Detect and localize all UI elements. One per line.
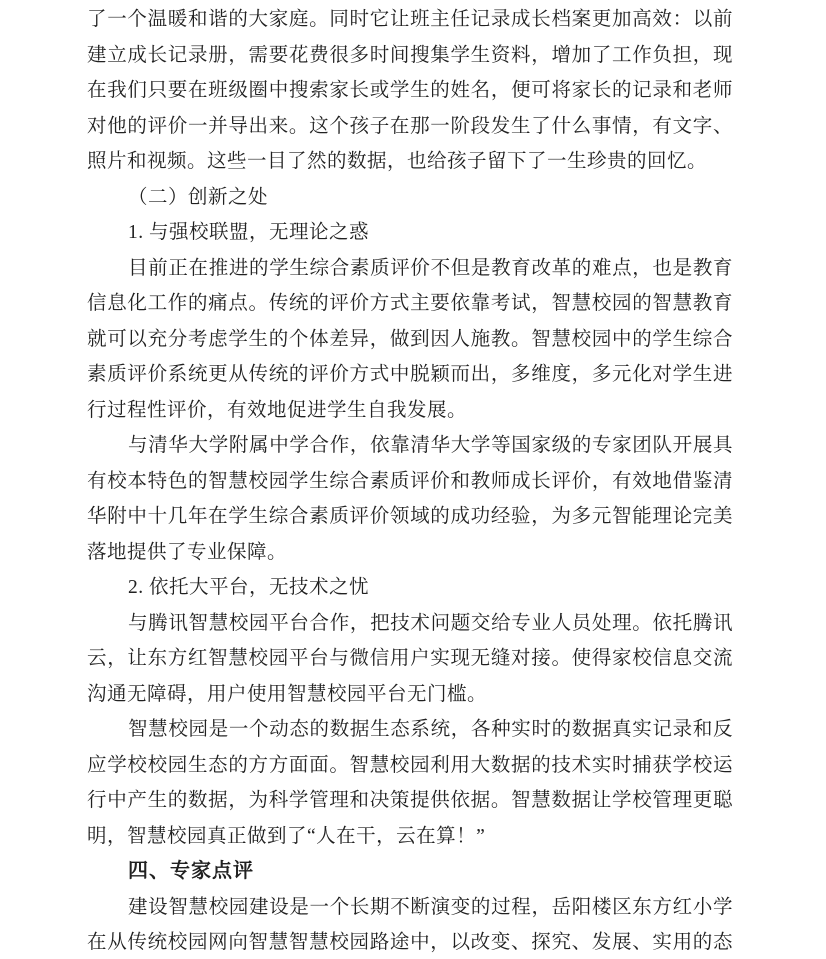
- text-line: 了一个温暖和谐的大家庭。同时它让班主任记录成长档案更加高效：以前: [87, 2, 733, 38]
- text-line: 四、专家点评: [87, 854, 733, 890]
- text-line: 行中产生的数据，为科学管理和决策提供依据。智慧数据让学校管理更聪: [87, 783, 733, 819]
- text-line: 华附中十几年在学生综合素质评价领域的成功经验，为多元智能理论完美: [87, 499, 733, 535]
- text-line: 素质评价系统更从传统的评价方式中脱颖而出，多维度，多元化对学生进: [87, 357, 733, 393]
- text-line: 在我们只要在班级圈中搜索家长或学生的姓名，便可将家长的记录和老师: [87, 73, 733, 109]
- text-line: 建设智慧校园建设是一个长期不断演变的过程，岳阳楼区东方红小学: [87, 890, 733, 926]
- text-line: 在从传统校园网向智慧智慧校园路途中，以改变、探究、发展、实用的态: [87, 925, 733, 959]
- text-line: 2. 依托大平台，无技术之忧: [87, 570, 733, 606]
- text-line: 应学校校园生态的方方面面。智慧校园利用大数据的技术实时捕获学校运: [87, 748, 733, 784]
- text-line: 与清华大学附属中学合作，依靠清华大学等国家级的专家团队开展具: [87, 428, 733, 464]
- text-line: 就可以充分考虑学生的个体差异，做到因人施教。智慧校园中的学生综合: [87, 322, 733, 358]
- text-line: （二）创新之处: [87, 180, 733, 216]
- text-line: 沟通无障碍，用户使用智慧校园平台无门槛。: [87, 677, 733, 713]
- text-line: 明，智慧校园真正做到了“人在干，云在算！”: [87, 819, 733, 855]
- text-line: 照片和视频。这些一目了然的数据，也给孩子留下了一生珍贵的回忆。: [87, 144, 733, 180]
- text-line: 行过程性评价，有效地促进学生自我发展。: [87, 393, 733, 429]
- text-line: 信息化工作的痛点。传统的评价方式主要依靠考试，智慧校园的智慧教育: [87, 286, 733, 322]
- text-line: 有校本特色的智慧校园学生综合素质评价和教师成长评价，有效地借鉴清: [87, 464, 733, 500]
- text-line: 对他的评价一并导出来。这个孩子在那一阶段发生了什么事情，有文字、: [87, 109, 733, 145]
- text-line: 建立成长记录册，需要花费很多时间搜集学生资料，增加了工作负担，现: [87, 38, 733, 74]
- text-line: 智慧校园是一个动态的数据生态系统，各种实时的数据真实记录和反: [87, 712, 733, 748]
- document-page: 了一个温暖和谐的大家庭。同时它让班主任记录成长档案更加高效：以前建立成长记录册，…: [0, 0, 826, 959]
- text-line: 云，让东方红智慧校园平台与微信用户实现无缝对接。使得家校信息交流: [87, 641, 733, 677]
- text-line: 1. 与强校联盟，无理论之惑: [87, 215, 733, 251]
- text-line: 与腾讯智慧校园平台合作，把技术问题交给专业人员处理。依托腾讯: [87, 606, 733, 642]
- text-line: 目前正在推进的学生综合素质评价不但是教育改革的难点，也是教育: [87, 251, 733, 287]
- text-line: 落地提供了专业保障。: [87, 535, 733, 571]
